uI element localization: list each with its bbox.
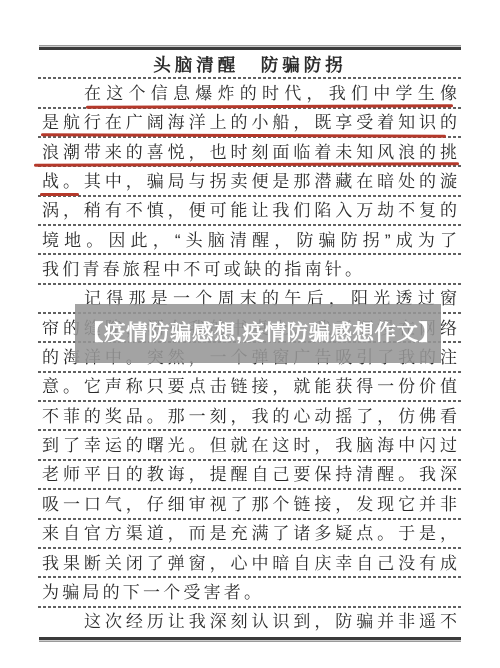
essay-line-text: 老师平日的教诲，提醒自己要保持清醒。我深 (42, 465, 458, 485)
essay-line: 我果断关闭了弹窗，心中暗自庆幸自己没有成 (39, 549, 461, 578)
red-underline (40, 193, 79, 196)
essay-line-text: 为骗局的下一个受害者。 (42, 583, 458, 603)
essay-line: 到了幸运的曙光。但就在这时，我脑海中闪过 (39, 431, 461, 460)
bottom-border (39, 637, 461, 642)
essay-line: 我们青春旅程中不可或缺的指南针。 (39, 255, 461, 284)
essay-line-text: 不菲的奖品。那一刻，我的心动摇了，仿佛看 (42, 407, 458, 427)
essay-line-text: 吸一口气，仔细审视了那个链接，发现它并非 (42, 495, 458, 515)
essay-line: 这次经历让我深刻认识到，防骗并非遥不 (39, 608, 461, 637)
essay-line-text: 我们青春旅程中不可或缺的指南针。 (42, 260, 458, 280)
essay-line-text: 境地。因此，“头脑清醒，防骗防拐”成为了 (42, 231, 458, 251)
essay-line-text: 到了幸运的曙光。但就在这时，我脑海中闪过 (42, 436, 458, 456)
essay-line: 不菲的奖品。那一刻，我的心动摇了，仿佛看 (39, 402, 461, 431)
essay-line: 吸一口气，仔细审视了那个链接，发现它并非 (39, 490, 461, 519)
essay-title: 头脑清醒 防骗防拐 (39, 50, 461, 79)
essay-line-text: 来自官方渠道，而是充满了诸多疑点。于是， (42, 524, 458, 544)
essay-line: 浪潮带来的喜悦，也时刻面临着未知风浪的挑 (39, 138, 461, 167)
essay-line: 战。其中，骗局与拐卖便是那潜藏在暗处的漩 (39, 167, 461, 196)
essay-line: 是航行在广阔海洋上的小船，既享受着知识的 (39, 109, 461, 138)
essay-line: 为骗局的下一个受害者。 (39, 578, 461, 607)
watermark-text: 【疫情防骗感想,疫情防骗感想作文】 (82, 320, 434, 347)
essay-line: 境地。因此，“头脑清醒，防骗防拐”成为了 (39, 226, 461, 255)
essay-line-text: 意。它声称只要点击链接，就能获得一份价值 (42, 377, 458, 397)
essay-title-text: 头脑清醒 防骗防拐 (153, 55, 347, 75)
essay-line: 在这个信息爆炸的时代，我们中学生像 (39, 79, 461, 108)
essay-line: 意。它声称只要点击链接，就能获得一份价值 (39, 373, 461, 402)
essay-line-text: 是航行在广阔海洋上的小船，既享受着知识的 (42, 113, 458, 133)
essay-line-text: 浪潮带来的喜悦，也时刻面临着未知风浪的挑 (42, 143, 458, 163)
essay-line: 涡，稍有不慎，便可能让我们陷入万劫不复的 (39, 197, 461, 226)
essay-line-text: 战。其中，骗局与拐卖便是那潜藏在暗处的漩 (42, 172, 458, 192)
essay-line-text: 在这个信息爆炸的时代，我们中学生像 (42, 84, 458, 104)
watermark-overlay: 【疫情防骗感想,疫情防骗感想作文】 (75, 304, 441, 363)
scanned-essay-page: 头脑清醒 防骗防拐 在这个信息爆炸的时代，我们中学生像 是航行在广阔海洋上的小船… (0, 0, 500, 668)
essay-line-text: 涡，稍有不慎，便可能让我们陷入万劫不复的 (42, 201, 458, 221)
essay-line-text: 我果断关闭了弹窗，心中暗自庆幸自己没有成 (42, 554, 458, 574)
essay-line: 来自官方渠道，而是充满了诸多疑点。于是， (39, 520, 461, 549)
essay-line: 老师平日的教诲，提醒自己要保持清醒。我深 (39, 461, 461, 490)
essay-line-text: 这次经历让我深刻认识到，防骗并非遥不 (42, 612, 458, 632)
